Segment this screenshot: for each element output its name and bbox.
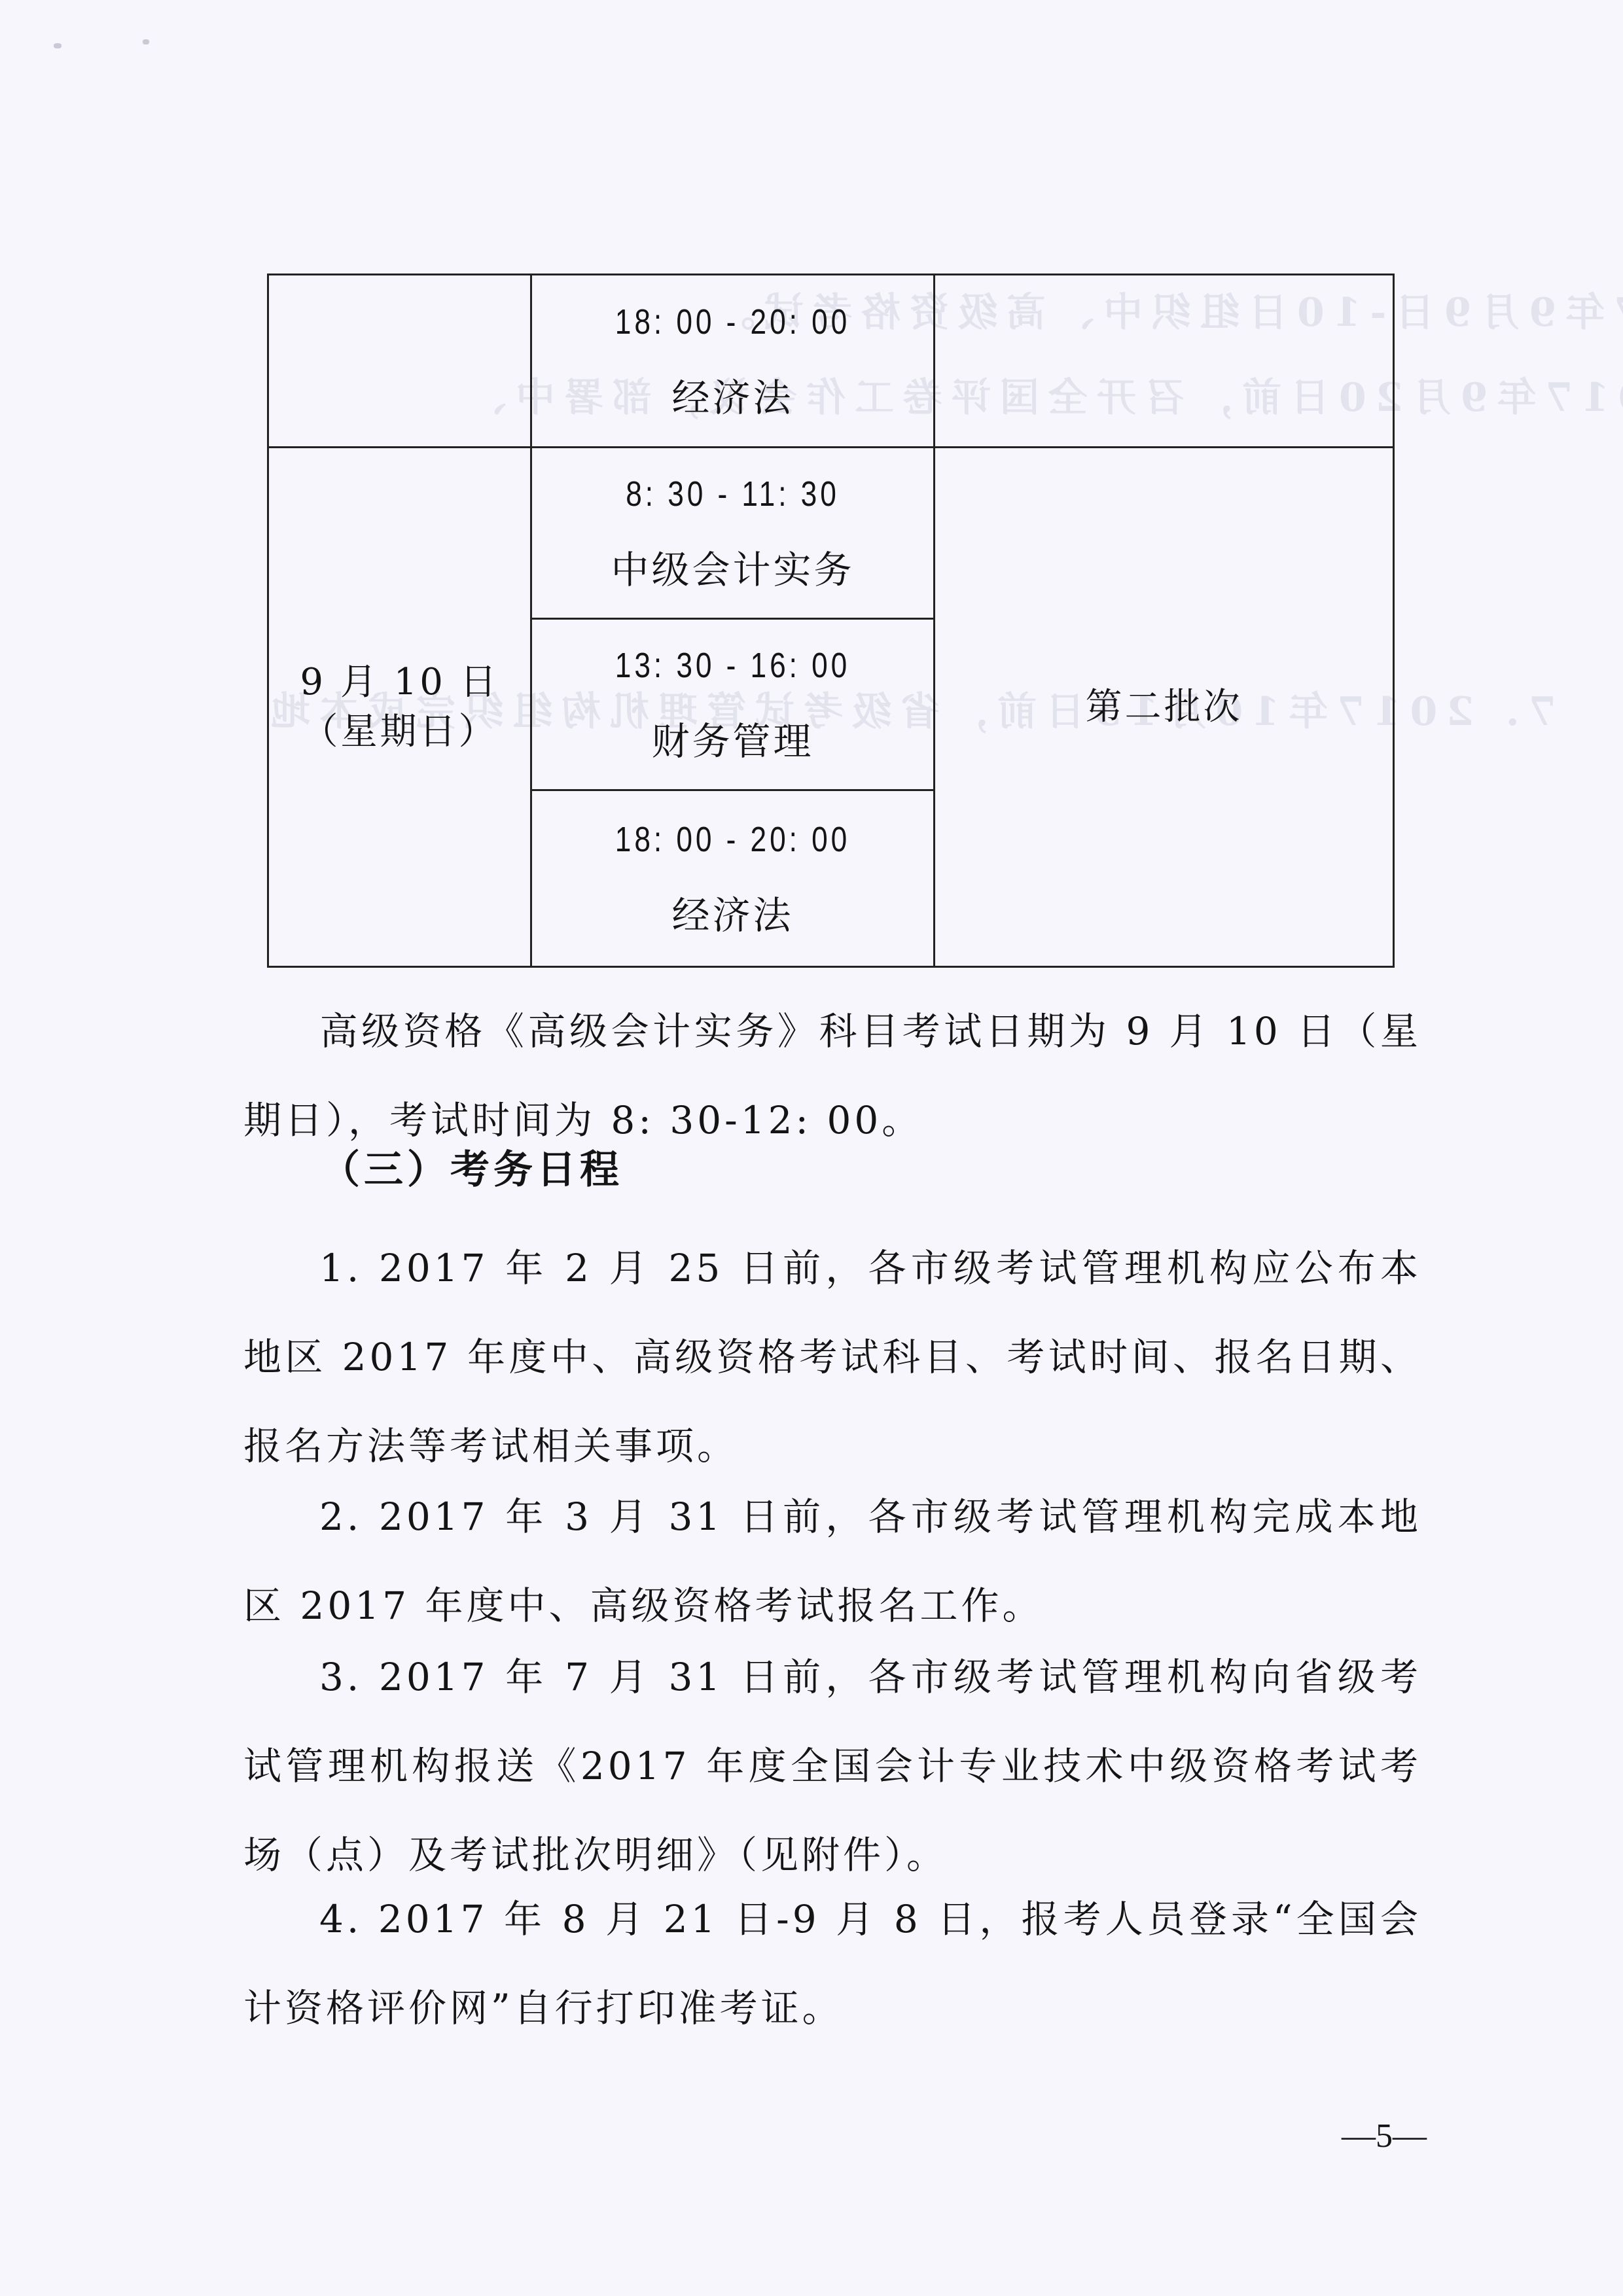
session-subject: 经济法 [532, 372, 933, 423]
session-cell: 18: 00 - 20: 00 经济法 [531, 275, 935, 448]
batch-cell: 第二批次 [935, 448, 1394, 967]
date-cell: 9 月 10 日 （星期日） [268, 448, 531, 967]
exam-date: 9 月 10 日 [300, 661, 499, 703]
scan-speck [143, 39, 149, 44]
exam-weekday: （星期日） [302, 711, 498, 753]
table-row: 18: 00 - 20: 00 经济法 [268, 275, 1394, 448]
session-cell: 8: 30 - 11: 30 中级会计实务 [531, 448, 935, 619]
session-subject: 财务管理 [532, 716, 933, 767]
page-number: —5— [1342, 2117, 1427, 2155]
section-heading: （三）考务日程 [321, 1139, 623, 1195]
schedule-item-3: 3. 2017 年 7 月 31 日前，各市级考试管理机构向省级考试管理机构报送… [243, 1633, 1421, 1899]
session-cell: 13: 30 - 16: 00 财务管理 [531, 619, 935, 790]
schedule-item-2: 2. 2017 年 3 月 31 日前，各市级考试管理机构完成本地区 2017 … [243, 1472, 1421, 1650]
session-time: 8: 30 - 11: 30 [568, 470, 897, 518]
session-subject: 中级会计实务 [532, 544, 933, 595]
table-row: 9 月 10 日 （星期日） 8: 30 - 11: 30 中级会计实务 第二批… [268, 448, 1394, 619]
schedule-item-4: 4. 2017 年 8 月 21 日-9 月 8 日，报考人员登录“全国会计资格… [243, 1875, 1421, 2053]
schedule-item-1: 1. 2017 年 2 月 25 日前，各市级考试管理机构应公布本地区 2017… [243, 1224, 1421, 1491]
exam-schedule-table: 18: 00 - 20: 00 经济法 9 月 10 日 （星期日） 8: 30… [267, 274, 1395, 968]
date-cell [268, 275, 531, 448]
session-cell: 18: 00 - 20: 00 经济法 [531, 790, 935, 967]
scan-speck [54, 43, 62, 48]
session-time: 18: 00 - 20: 00 [568, 298, 897, 346]
session-time: 13: 30 - 16: 00 [568, 642, 897, 690]
session-time: 18: 00 - 20: 00 [568, 816, 897, 864]
session-subject: 经济法 [532, 890, 933, 941]
batch-cell [935, 275, 1394, 448]
